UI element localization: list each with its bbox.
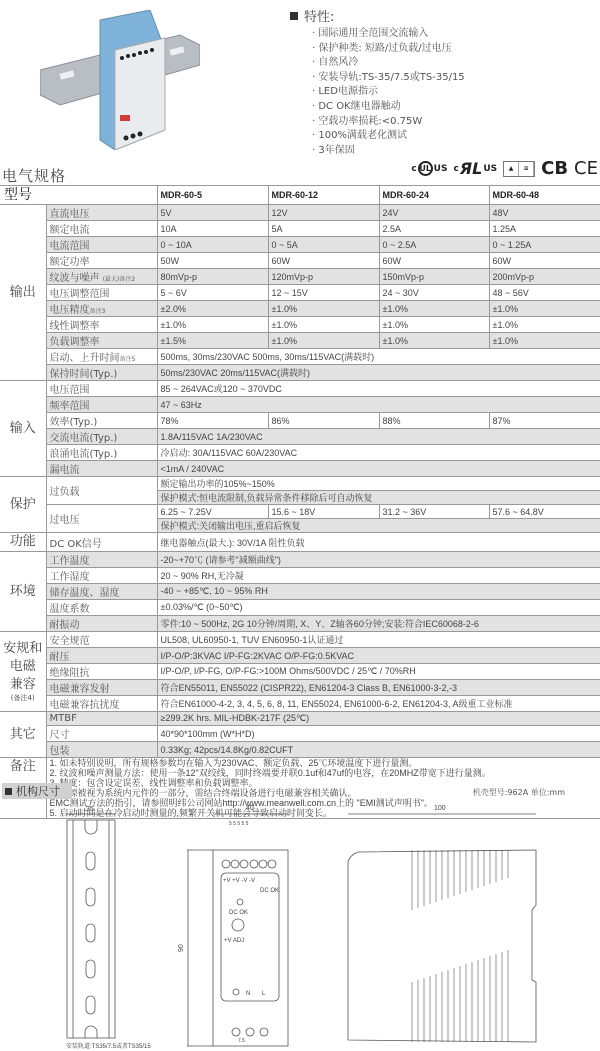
group-other: 其它 bbox=[0, 712, 46, 758]
svg-text:90: 90 bbox=[178, 944, 185, 952]
table-row: 交流电流(Typ.) 1.8A/115VAC 1A/230VAC bbox=[0, 429, 600, 445]
features-title: 特性: bbox=[304, 6, 334, 25]
table-row: 储存温度、湿度 -40 ~ +85℃, 10 ~ 95% RH bbox=[0, 584, 600, 600]
table-row: 额定电流 10A5A2.5A1.25A bbox=[0, 221, 600, 237]
mechanical-header: 机构尺寸 机壳型号:962A 单位:mm bbox=[0, 783, 600, 799]
table-row: 保持时间(Typ.) 50ms/230VAC 20ms/115VAC(满载时) bbox=[0, 365, 600, 381]
table-row: 启动、上升时间备注5 500ms, 30ms/230VAC 500ms, 30m… bbox=[0, 349, 600, 365]
table-row: 其它 MTBF ≥299.2K hrs. MIL-HDBK-217F (25℃) bbox=[0, 712, 600, 726]
header-section: 特性: 国际通用全范围交流输入 保护种类: 短路/过负载/过电压 自然风冷 安装… bbox=[0, 0, 600, 160]
feature-item: DC OK继电器触动 bbox=[312, 100, 465, 115]
svg-text:DC OK: DC OK bbox=[229, 910, 248, 916]
table-row: 电压精度备注3 ±2.0%±1.0%±1.0%±1.0% bbox=[0, 301, 600, 317]
group-safety-emc: 安规和 电磁 兼容 (备注4) bbox=[0, 632, 46, 712]
features-list: 国际通用全范围交流输入 保护种类: 短路/过负载/过电压 自然风冷 安装导轨:T… bbox=[312, 27, 465, 158]
cul-us-logo-icon: cULUS bbox=[411, 161, 447, 176]
feature-item: 自然风冷 bbox=[312, 56, 465, 71]
table-row: 包装 0.33Kg; 42pcs/14.8Kg/0.82CUFT bbox=[0, 742, 600, 758]
note-line: 1. 如未特别说明，所有规格参数均在输入为230VAC、额定负载、25℃环境温度… bbox=[50, 758, 598, 768]
table-row: 纹波与噪声 (最大)备注2 80mVp-p120mVp-p150mVp-p200… bbox=[0, 269, 600, 285]
table-row: 保护 过负载 额定输出功率的105%~150% bbox=[0, 477, 600, 491]
table-row: 绝缘阻抗 I/P-O/P, I/P-FG, O/P-FG:>100M Ohms/… bbox=[0, 664, 600, 680]
table-row: 过电压 6.25 ~ 7.25V15.6 ~ 18V31.2 ~ 36V57.6… bbox=[0, 505, 600, 519]
svg-text:40: 40 bbox=[246, 805, 254, 812]
model-name: MDR-60-12 bbox=[268, 186, 379, 205]
ur-logo-icon: cЯLUS bbox=[453, 159, 497, 178]
table-row: 额定功率 50W60W60W60W bbox=[0, 253, 600, 269]
square-bullet-icon bbox=[5, 788, 12, 795]
svg-text:100: 100 bbox=[434, 805, 446, 812]
table-row: 电磁兼容抗扰度 符合EN61000-4-2, 3, 4, 5, 6, 8, 11… bbox=[0, 696, 600, 712]
svg-text:+V +V -V -V: +V +V -V -V bbox=[223, 878, 255, 884]
table-row: 电压调整范围 5 ~ 6V12 ~ 15V24 ~ 30V48 ~ 56V bbox=[0, 285, 600, 301]
svg-text:+V ADJ: +V ADJ bbox=[224, 938, 244, 944]
spec-table: 型号 MDR-60-5 MDR-60-12 MDR-60-24 MDR-60-4… bbox=[0, 185, 600, 819]
feature-item: 100%满载老化测试 bbox=[312, 129, 465, 144]
table-row: 耐振动 零件:10 ~ 500Hz, 2G 10分钟/周期, X、Y、Z轴各60… bbox=[0, 616, 600, 632]
front-view-drawing: 40 5 5 5 5 5 90 +V +V -V -V DC OK DC OK … bbox=[178, 805, 288, 1046]
feature-item: 安装导轨:TS-35/7.5或TS-35/15 bbox=[312, 71, 465, 86]
mechanical-drawing: 35 安装轨道:TS35/7.5或者TS35/15 40 5 5 5 5 5 9… bbox=[0, 800, 600, 1051]
table-row: 漏电流 <1mA / 240VAC bbox=[0, 461, 600, 477]
table-row: 安规和 电磁 兼容 (备注4) 安全规范 UL508, UL60950-1, T… bbox=[0, 632, 600, 648]
side-view-drawing: 100 bbox=[348, 805, 536, 1042]
feature-item: 国际通用全范围交流输入 bbox=[312, 27, 465, 42]
model-name: MDR-60-48 bbox=[489, 186, 600, 205]
feature-item: LED电源指示 bbox=[312, 85, 465, 100]
table-row: 效率(Typ.) 78%86%88%87% bbox=[0, 413, 600, 429]
spec-title: 电气规格 bbox=[2, 165, 66, 186]
square-bullet-icon bbox=[290, 12, 298, 20]
table-row: 负载调整率 ±1.5%±1.0%±1.0%±1.0% bbox=[0, 333, 600, 349]
group-input: 输入 bbox=[0, 381, 46, 477]
feature-item: 3年保固 bbox=[312, 144, 465, 159]
model-label: 型号 bbox=[0, 186, 157, 205]
table-row: 工作湿度 20 ~ 90% RH,无冷凝 bbox=[0, 568, 600, 584]
table-row: 尺寸 40*90*100mm (W*H*D) bbox=[0, 726, 600, 742]
cb-logo-icon: CB bbox=[541, 158, 568, 179]
tuv-logo-icon: ▲≡ bbox=[503, 161, 535, 177]
table-row: 线性调整率 ±1.0%±1.0%±1.0%±1.0% bbox=[0, 317, 600, 333]
model-header-row: 型号 MDR-60-5 MDR-60-12 MDR-60-24 MDR-60-4… bbox=[0, 186, 600, 205]
group-function: 功能 bbox=[0, 533, 46, 552]
note-line: 2. 纹波和噪声测量方法：使用一条12"双绞线，同时终端要并联0.1uf和47u… bbox=[50, 768, 598, 778]
svg-text:35: 35 bbox=[86, 806, 94, 813]
table-row: 电流范围 0 ~ 10A0 ~ 5A0 ~ 2.5A0 ~ 1.25A bbox=[0, 237, 600, 253]
table-row: 输入 电压范围 85 ~ 264VAC或120 ~ 370VDC bbox=[0, 381, 600, 397]
feature-item: 空载功率损耗:<0.75W bbox=[312, 115, 465, 130]
group-environment: 环境 bbox=[0, 552, 46, 632]
table-row: 输出 直流电压 5V12V24V48V bbox=[0, 205, 600, 221]
mechanical-title: 机构尺寸 bbox=[2, 783, 72, 799]
table-row: 温度系数 ±0.03%/℃ (0~50℃) bbox=[0, 600, 600, 616]
certification-logos: cULUS cЯLUS ▲≡ CB CE bbox=[411, 158, 598, 179]
svg-text:DC OK: DC OK bbox=[260, 888, 279, 894]
svg-text:安装轨道:TS35/7.5或者TS35/15: 安装轨道:TS35/7.5或者TS35/15 bbox=[66, 1042, 151, 1050]
model-name: MDR-60-5 bbox=[157, 186, 268, 205]
svg-text:L: L bbox=[262, 991, 266, 997]
table-row: 电磁兼容发射 符合EN55011, EN55022 (CISPR22), EN6… bbox=[0, 680, 600, 696]
feature-item: 保护种类: 短路/过负载/过电压 bbox=[312, 42, 465, 57]
table-row: 环境 工作温度 -20~+70℃ (请参考"减额曲线") bbox=[0, 552, 600, 568]
features-block: 特性: 国际通用全范围交流输入 保护种类: 短路/过负载/过电压 自然风冷 安装… bbox=[290, 6, 465, 158]
case-info: 机壳型号:962A 单位:mm bbox=[473, 787, 565, 798]
group-output: 输出 bbox=[0, 205, 46, 381]
svg-text:N: N bbox=[246, 991, 250, 997]
group-protection: 保护 bbox=[0, 477, 46, 533]
svg-text:5 5 5 5 5: 5 5 5 5 5 bbox=[229, 821, 249, 827]
model-name: MDR-60-24 bbox=[379, 186, 489, 205]
din-rail-drawing: 35 安装轨道:TS35/7.5或者TS35/15 bbox=[66, 806, 151, 1050]
table-row: 频率范围 47 ~ 63Hz bbox=[0, 397, 600, 413]
svg-text:7.5: 7.5 bbox=[238, 1038, 245, 1044]
table-row: 功能 DC OK信号 继电器触点(最大.): 30V/1A 阻性负载 bbox=[0, 533, 600, 552]
table-row: 耐压 I/P-O/P:3KVAC I/P-FG:2KVAC O/P-FG:0.5… bbox=[0, 648, 600, 664]
ce-logo-icon: CE bbox=[574, 158, 598, 179]
product-photo bbox=[40, 10, 200, 150]
table-row: 浪涌电流(Typ.) 冷启动: 30A/115VAC 60A/230VAC bbox=[0, 445, 600, 461]
